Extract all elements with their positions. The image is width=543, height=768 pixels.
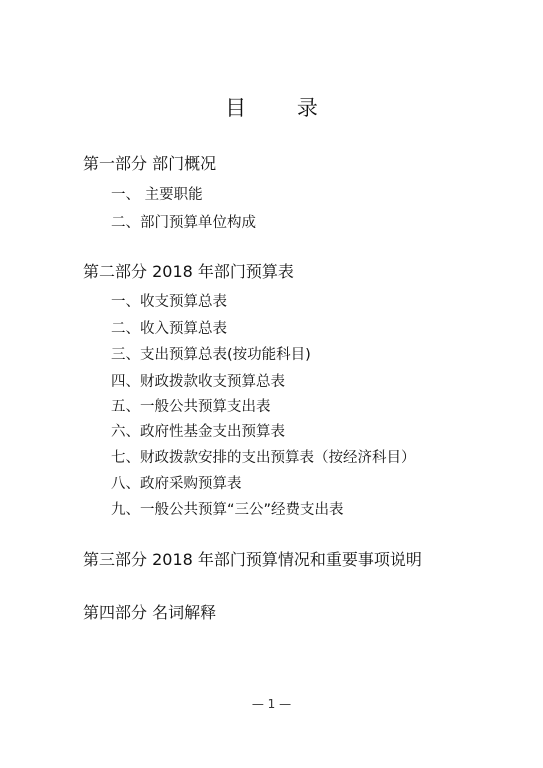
toc-item: 二、收入预算总表 — [111, 317, 227, 338]
toc-item: 三、支出预算总表(按功能科目) — [111, 343, 311, 364]
toc-part-1: 第一部分 部门概况 — [83, 151, 216, 174]
toc-item: 八、政府采购预算表 — [111, 472, 242, 493]
toc-item: 六、政府性基金支出预算表 — [111, 420, 285, 441]
toc-item: 一、 主要职能 — [111, 183, 203, 204]
toc-item: 九、一般公共预算“三公”经费支出表 — [111, 498, 344, 519]
toc-part-4: 第四部分 名词解释 — [83, 600, 216, 623]
toc-title: 目 录 — [0, 92, 543, 122]
page-number: — 1 — — [0, 697, 543, 711]
toc-item: 四、财政拨款收支预算总表 — [111, 370, 285, 391]
toc-item: 五、一般公共预算支出表 — [111, 395, 271, 416]
toc-part-2: 第二部分 2018 年部门预算表 — [83, 259, 294, 282]
toc-item: 一、收支预算总表 — [111, 290, 227, 311]
toc-item: 七、财政拨款安排的支出预算表（按经济科目） — [111, 446, 416, 467]
toc-part-3: 第三部分 2018 年部门预算情况和重要事项说明 — [83, 547, 422, 570]
toc-item: 二、部门预算单位构成 — [111, 211, 256, 232]
